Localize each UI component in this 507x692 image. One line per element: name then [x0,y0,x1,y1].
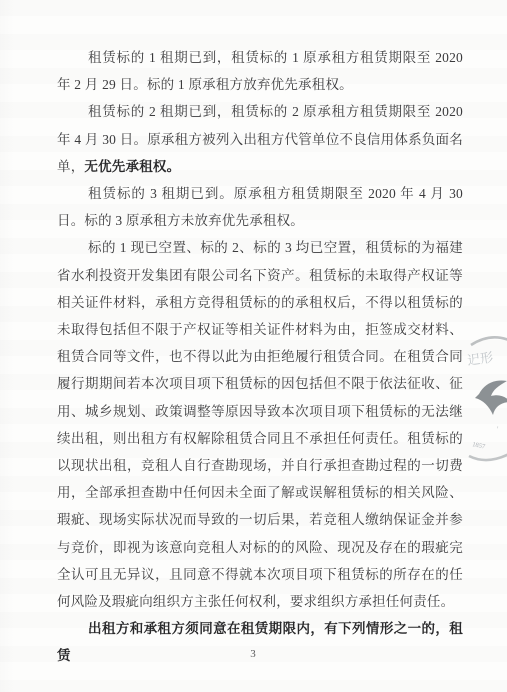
emphasized-text: 无优先承租权。 [84,159,180,174]
body-text: 租赁标的 3 租期已到。原承租方租赁期限至 2020 年 4 月 30 日。标的… [57,186,463,228]
paragraph: 租赁标的 2 租期已到，租赁标的 2 原承租方租赁期限至 2020 年 4 月 … [57,98,463,180]
faded-seal-icon: 迉形 ' 1857 [463,328,507,468]
paragraph: 租赁标的 3 租期已到。原承租方租赁期限至 2020 年 4 月 30 日。标的… [57,180,463,234]
faded-seal-stamp: 迉形 ' 1857 [463,328,507,468]
body-text: 标的 1 现已空置、标的 2、标的 3 均已空置，租赁标的为福建省水利投资开发集… [57,240,463,609]
seal-bottom-arc-icon [469,454,507,460]
document-body: 租赁标的 1 租期已到，租赁标的 1 原承租方租赁期限至 2020 年 2 月 … [57,44,463,670]
seal-top-arc-icon [471,337,507,345]
bird-mark-icon [475,381,507,415]
scanned-document-page: 租赁标的 1 租期已到，租赁标的 1 原承租方租赁期限至 2020 年 2 月 … [0,0,507,692]
seal-digits: 1857 [472,441,487,451]
paragraph: 标的 1 现已空置、标的 2、标的 3 均已空置，租赁标的为福建省水利投资开发集… [57,234,463,615]
body-text: 租赁标的 1 租期已到，租赁标的 1 原承租方租赁期限至 2020 年 2 月 … [57,50,463,92]
seal-tick-mark: ' [497,425,499,434]
page-number: 3 [0,648,507,660]
paragraph: 出租方和承租方须同意在租赁期限内，有下列情形之一的，租赁 [57,615,463,669]
paragraph: 租赁标的 1 租期已到，租赁标的 1 原承租方租赁期限至 2020 年 2 月 … [57,44,463,98]
seal-characters: 迉形 [466,349,494,367]
